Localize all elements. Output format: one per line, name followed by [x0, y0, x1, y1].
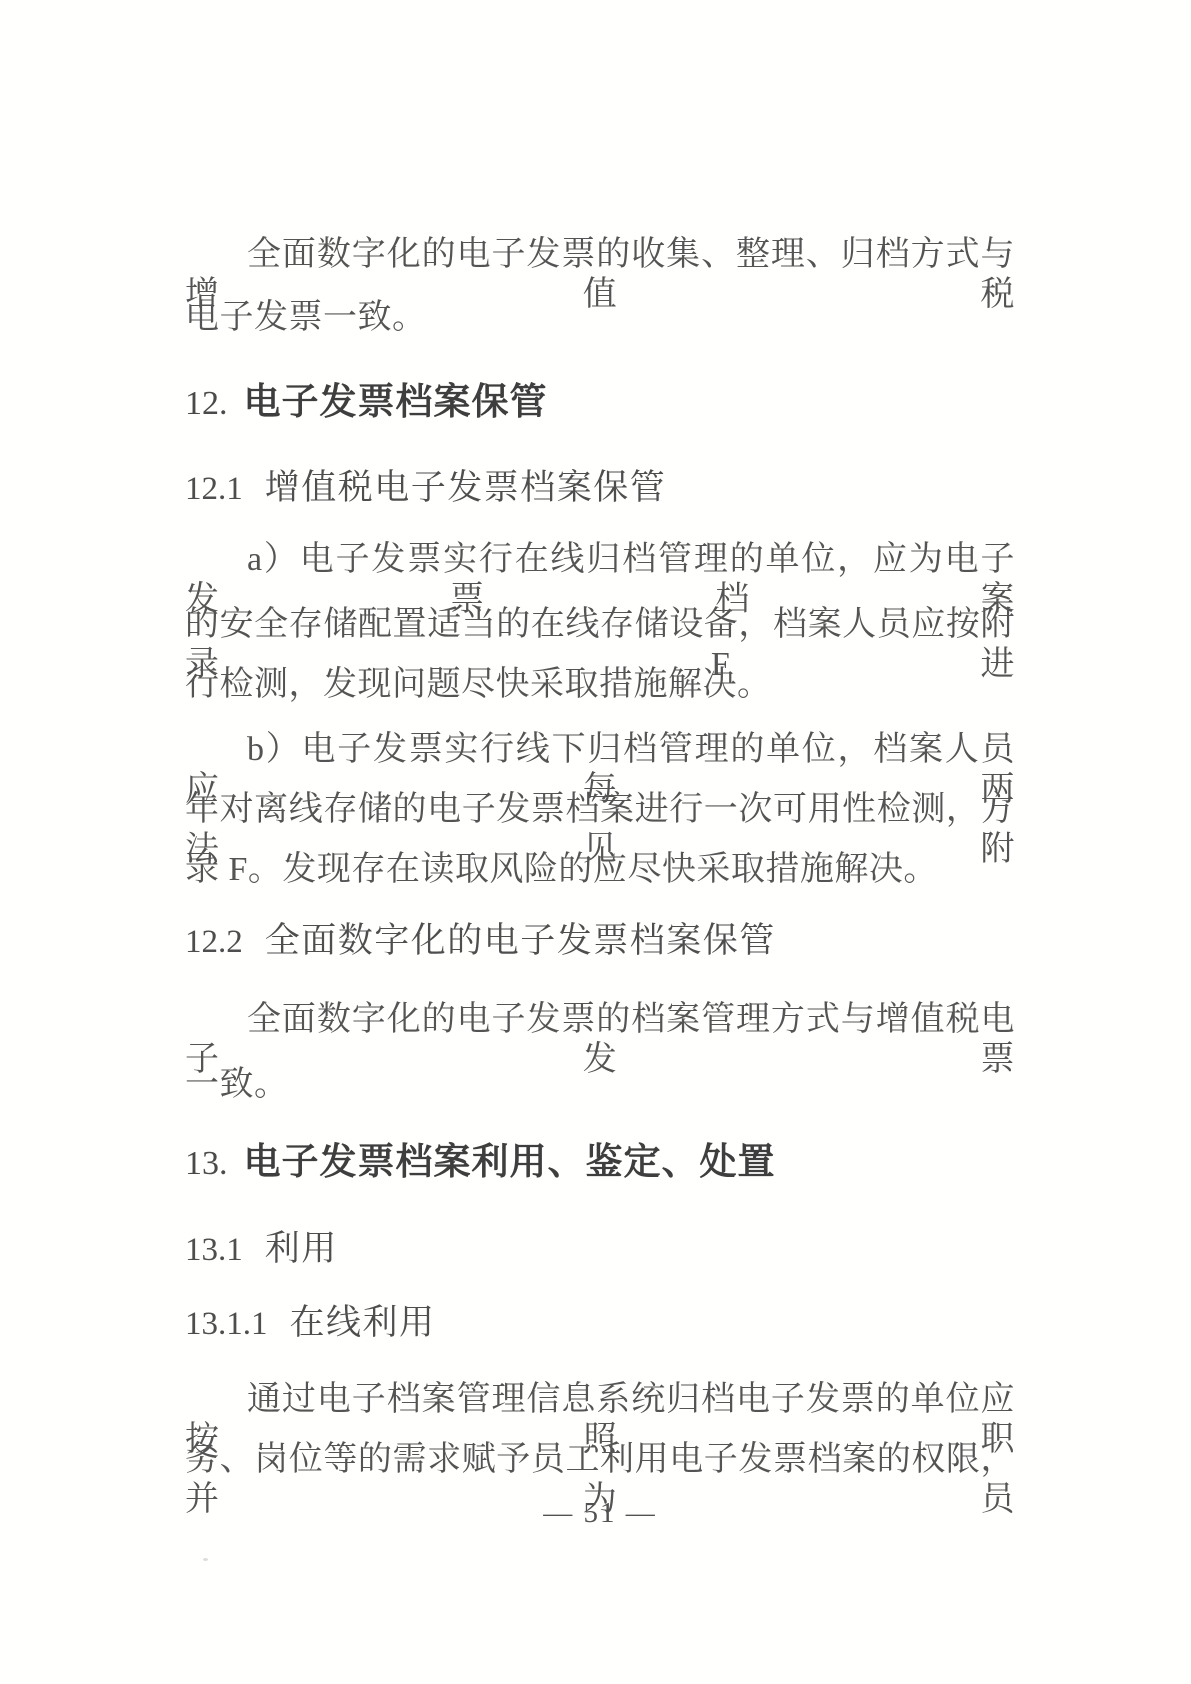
section-12-1-heading: 12.1增值税电子发票档案保管 — [185, 467, 666, 516]
section-12-number: 12. — [185, 385, 228, 422]
intro-paragraph-line-2: 电子发票一致。 — [185, 298, 1015, 338]
section-13-title: 电子发票档案利用、鉴定、处置 — [244, 1141, 776, 1182]
item-a-line-3: 行检测，发现问题尽快采取措施解决。 — [185, 665, 1015, 705]
section-13-number: 13. — [185, 1145, 228, 1182]
document-page: 全面数字化的电子发票的收集、整理、归档方式与增值税 电子发票一致。 12.电子发… — [0, 0, 1191, 1684]
section-13-1-1-number: 13.1.1 — [185, 1306, 268, 1342]
section-12-1-number: 12.1 — [185, 471, 243, 507]
section-13-1-title: 利用 — [265, 1229, 338, 1268]
section-13-1-1-heading: 13.1.1在线利用 — [185, 1302, 436, 1351]
section-12-2-number: 12.2 — [185, 924, 243, 960]
section-12-2-paragraph-line-2: 一致。 — [185, 1065, 1015, 1105]
item-b-line-3: 录 F。发现存在读取风险的应尽快采取措施解决。 — [185, 850, 1015, 890]
section-13-1-heading: 13.1利用 — [185, 1228, 338, 1277]
section-12-heading: 12.电子发票档案保管 — [185, 380, 548, 432]
section-12-2-title: 全面数字化的电子发票档案保管 — [265, 921, 776, 960]
section-12-2-heading: 12.2全面数字化的电子发票档案保管 — [185, 920, 776, 969]
section-13-1-1-title: 在线利用 — [290, 1303, 436, 1342]
section-12-title: 电子发票档案保管 — [244, 381, 548, 422]
page-number: — 51 — — [185, 1496, 1015, 1530]
section-13-heading: 13.电子发票档案利用、鉴定、处置 — [185, 1140, 776, 1192]
scan-artifact-speck — [203, 1558, 208, 1561]
section-12-1-title: 增值税电子发票档案保管 — [265, 468, 667, 507]
section-13-1-number: 13.1 — [185, 1232, 243, 1268]
